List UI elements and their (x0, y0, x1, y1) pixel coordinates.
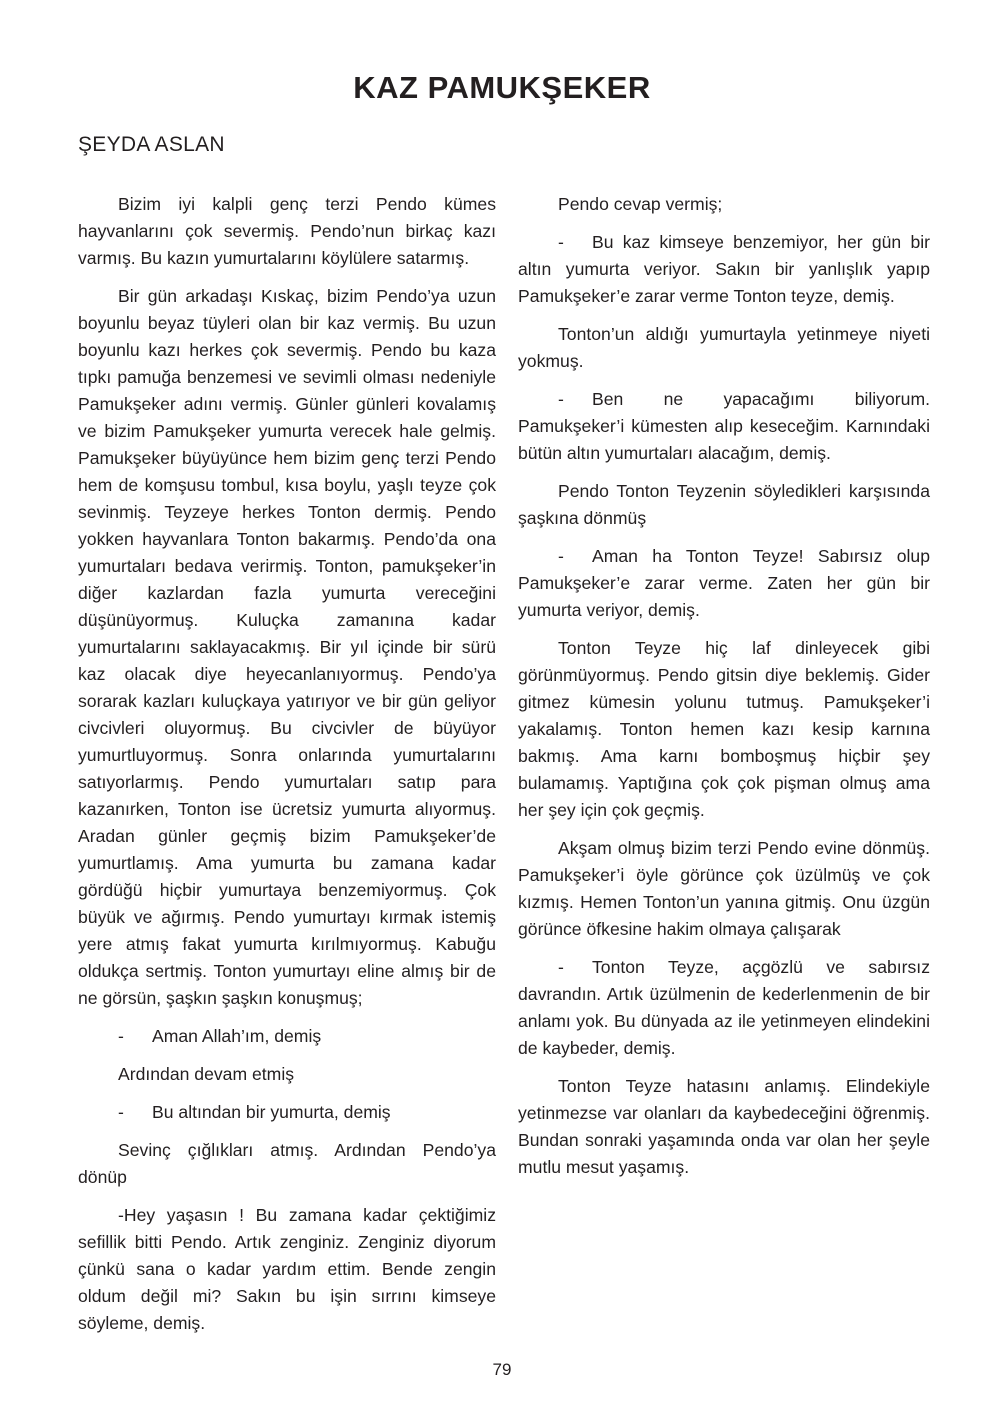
dialogue-text: Bu altından bir yumurta, demiş (152, 1102, 391, 1122)
paragraph: Bir gün arkadaşı Kıskaç, bizim Pendo’ya … (78, 283, 496, 1012)
paragraph: Sevinç çığlıkları atmış. Ardından Pendo’… (78, 1137, 496, 1191)
dialogue-line: -Bu altından bir yumurta, demiş (78, 1099, 496, 1126)
dash-marker: - (558, 229, 592, 256)
paragraph: Tonton’un aldığı yumurtayla yetinmeye ni… (518, 321, 930, 375)
dialogue-line: -Aman ha Tonton Teyze! Sabırsız olup Pam… (518, 543, 930, 624)
dialogue-line: -Ben ne yapacağımı biliyorum. Pamukşeker… (518, 386, 930, 467)
paragraph: Bizim iyi kalpli genç terzi Pendo kümes … (78, 191, 496, 272)
dialogue-text: Aman Allah’ım, demiş (152, 1026, 321, 1046)
left-column: Bizim iyi kalpli genç terzi Pendo kümes … (78, 191, 496, 1348)
dash-marker: - (558, 954, 592, 981)
paragraph: Ardından devam etmiş (78, 1061, 496, 1088)
paragraph: Tonton Teyze hiç laf dinleyecek gibi gör… (518, 635, 930, 824)
story-title: KAZ PAMUKŞEKER (0, 70, 1004, 106)
dash-marker: - (558, 386, 592, 413)
dash-marker: - (558, 543, 592, 570)
paragraph: Pendo Tonton Teyzenin söyledikleri karşı… (518, 478, 930, 532)
dash-marker: - (118, 1099, 152, 1126)
page-number: 79 (0, 1360, 1004, 1380)
dialogue-line: -Aman Allah’ım, demiş (78, 1023, 496, 1050)
dash-marker: - (118, 1023, 152, 1050)
author-name: ŞEYDA ASLAN (78, 133, 225, 157)
dialogue-line: -Bu kaz kimseye benzemiyor, her gün bir … (518, 229, 930, 310)
paragraph: Tonton Teyze hatasını anlamış. Elindekiy… (518, 1073, 930, 1181)
paragraph: Pendo cevap vermiş; (518, 191, 930, 218)
right-column: Pendo cevap vermiş; -Bu kaz kimseye benz… (518, 191, 930, 1192)
dialogue-line: -Tonton Teyze, açgözlü ve sabırsız davra… (518, 954, 930, 1062)
paragraph: Akşam olmuş bizim terzi Pendo evine dönm… (518, 835, 930, 943)
paragraph: -Hey yaşasın ! Bu zamana kadar çektiğimi… (78, 1202, 496, 1337)
